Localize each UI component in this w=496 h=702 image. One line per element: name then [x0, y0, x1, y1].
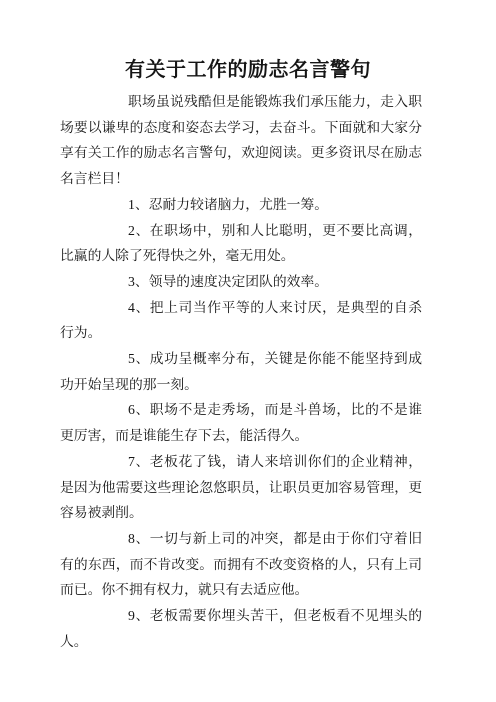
quote-paragraph-4: 4、把上司当作平等的人来讨厌，是典型的自杀行为。 [60, 295, 422, 346]
quote-paragraph-5: 5、成功呈概率分布，关键是你能不能坚持到成功开始呈现的那一刻。 [60, 346, 422, 397]
quote-paragraph-3: 3、领导的速度决定团队的效率。 [60, 269, 422, 295]
intro-paragraph: 职场虽说残酷但是能锻炼我们承压能力，走入职场要以谦卑的态度和姿态去学习，去奋斗。… [60, 89, 422, 192]
quote-paragraph-8: 8、一切与新上司的冲突，都是由于你们守着旧有的东西，而不肯改变。而拥有不改变资格… [60, 526, 422, 603]
document-page: 有关于工作的励志名言警句 职场虽说残酷但是能锻炼我们承压能力，走入职场要以谦卑的… [0, 0, 496, 702]
document-body: 职场虽说残酷但是能锻炼我们承压能力，走入职场要以谦卑的态度和姿态去学习，去奋斗。… [60, 89, 422, 654]
quote-paragraph-9: 9、老板需要你埋头苦干，但老板看不见埋头的人。 [60, 603, 422, 654]
document-title: 有关于工作的励志名言警句 [0, 57, 496, 83]
quote-paragraph-2: 2、在职场中，别和人比聪明，更不要比高调，比赢的人除了死得快之外，毫无用处。 [60, 218, 422, 269]
quote-paragraph-7: 7、老板花了钱，请人来培训你们的企业精神，是因为他需要这些理论忽悠职员，让职员更… [60, 449, 422, 526]
quote-paragraph-1: 1、忍耐力较诸脑力，尤胜一筹。 [60, 192, 422, 218]
quote-paragraph-6: 6、职场不是走秀场，而是斗兽场，比的不是谁更厉害，而是谁能生存下去，能活得久。 [60, 397, 422, 448]
